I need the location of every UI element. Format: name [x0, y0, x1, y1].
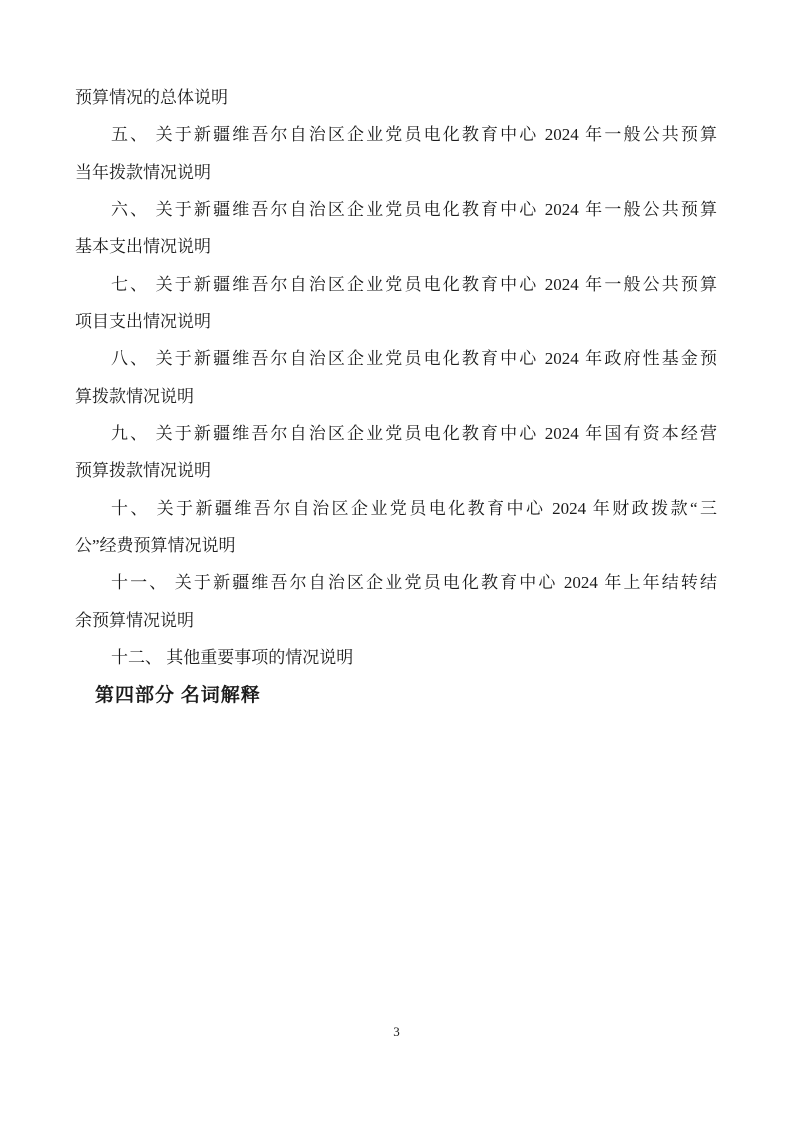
toc-content: 预算情况的总体说明 五、 关于新疆维吾尔自治区企业党员电化教育中心 2024 年…: [75, 79, 717, 714]
toc-line-item-11: 十一、 关于新疆维吾尔自治区企业党员电化教育中心 2024 年上年结转结: [75, 564, 717, 601]
toc-line-item-7: 七、 关于新疆维吾尔自治区企业党员电化教育中心 2024 年一般公共预算: [75, 266, 717, 303]
toc-line: 预算拨款情况说明: [75, 452, 717, 489]
toc-line: 当年拨款情况说明: [75, 154, 717, 191]
toc-line: 公”经费预算情况说明: [75, 527, 717, 564]
toc-line-item-12: 十二、 其他重要事项的情况说明: [75, 639, 717, 676]
toc-line: 余预算情况说明: [75, 602, 717, 639]
toc-line: 算拨款情况说明: [75, 378, 717, 415]
toc-line-item-8: 八、 关于新疆维吾尔自治区企业党员电化教育中心 2024 年政府性基金预: [75, 340, 717, 377]
toc-line: 预算情况的总体说明: [75, 79, 717, 116]
toc-line-item-9: 九、 关于新疆维吾尔自治区企业党员电化教育中心 2024 年国有资本经营: [75, 415, 717, 452]
toc-line: 基本支出情况说明: [75, 228, 717, 265]
toc-line: 项目支出情况说明: [75, 303, 717, 340]
toc-line-item-6: 六、 关于新疆维吾尔自治区企业党员电化教育中心 2024 年一般公共预算: [75, 191, 717, 228]
toc-line-item-5: 五、 关于新疆维吾尔自治区企业党员电化教育中心 2024 年一般公共预算: [75, 116, 717, 153]
toc-line-item-10: 十、 关于新疆维吾尔自治区企业党员电化教育中心 2024 年财政拨款“三: [75, 490, 717, 527]
section-heading-part4: 第四部分 名词解释: [75, 677, 717, 714]
page-number: 3: [0, 1024, 793, 1040]
document-page: 预算情况的总体说明 五、 关于新疆维吾尔自治区企业党员电化教育中心 2024 年…: [0, 0, 793, 1122]
